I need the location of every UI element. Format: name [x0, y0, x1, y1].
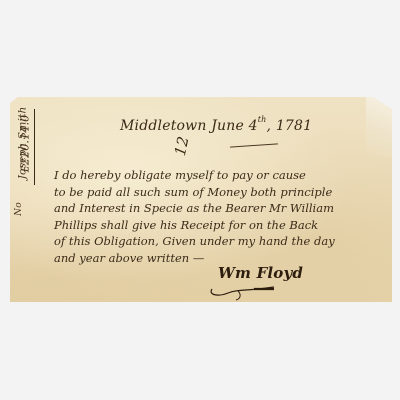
body-line: to be paid all such sum of Money both pr…: [54, 184, 384, 201]
note-body: I do hereby obligate myself to pay or ca…: [54, 167, 384, 266]
month-day: June 4: [211, 118, 258, 134]
year: 1781: [276, 118, 312, 134]
note-number: 12: [171, 135, 193, 158]
signature-name: Floyd: [257, 264, 304, 282]
signature: Wm Floyd: [218, 264, 303, 282]
signature-prefix: Wm: [218, 264, 251, 282]
body-line: of this Obligation, Given under my hand …: [54, 233, 384, 250]
torn-corner: [366, 97, 392, 157]
place: Middletown: [120, 118, 207, 134]
body-line: and Interest in Specie as the Bearer Mr …: [54, 200, 384, 217]
day-suffix: th: [258, 115, 267, 124]
image-stage: £220.14.0 Joseph Smith No Middletown Jun…: [0, 0, 400, 400]
signature-flourish-icon: [208, 283, 278, 301]
date-underline: [230, 143, 278, 147]
body-line: Phillips shall give his Receipt for on t…: [54, 217, 384, 234]
margin-rule: [34, 109, 35, 185]
margin-name: Joseph Smith: [16, 107, 28, 180]
place-date-heading: Middletown June 4th, 1781: [120, 115, 312, 134]
promissory-note-paper: £220.14.0 Joseph Smith No Middletown Jun…: [10, 97, 392, 302]
margin-initial: No: [14, 202, 24, 216]
body-line: I do hereby obligate myself to pay or ca…: [54, 167, 384, 184]
